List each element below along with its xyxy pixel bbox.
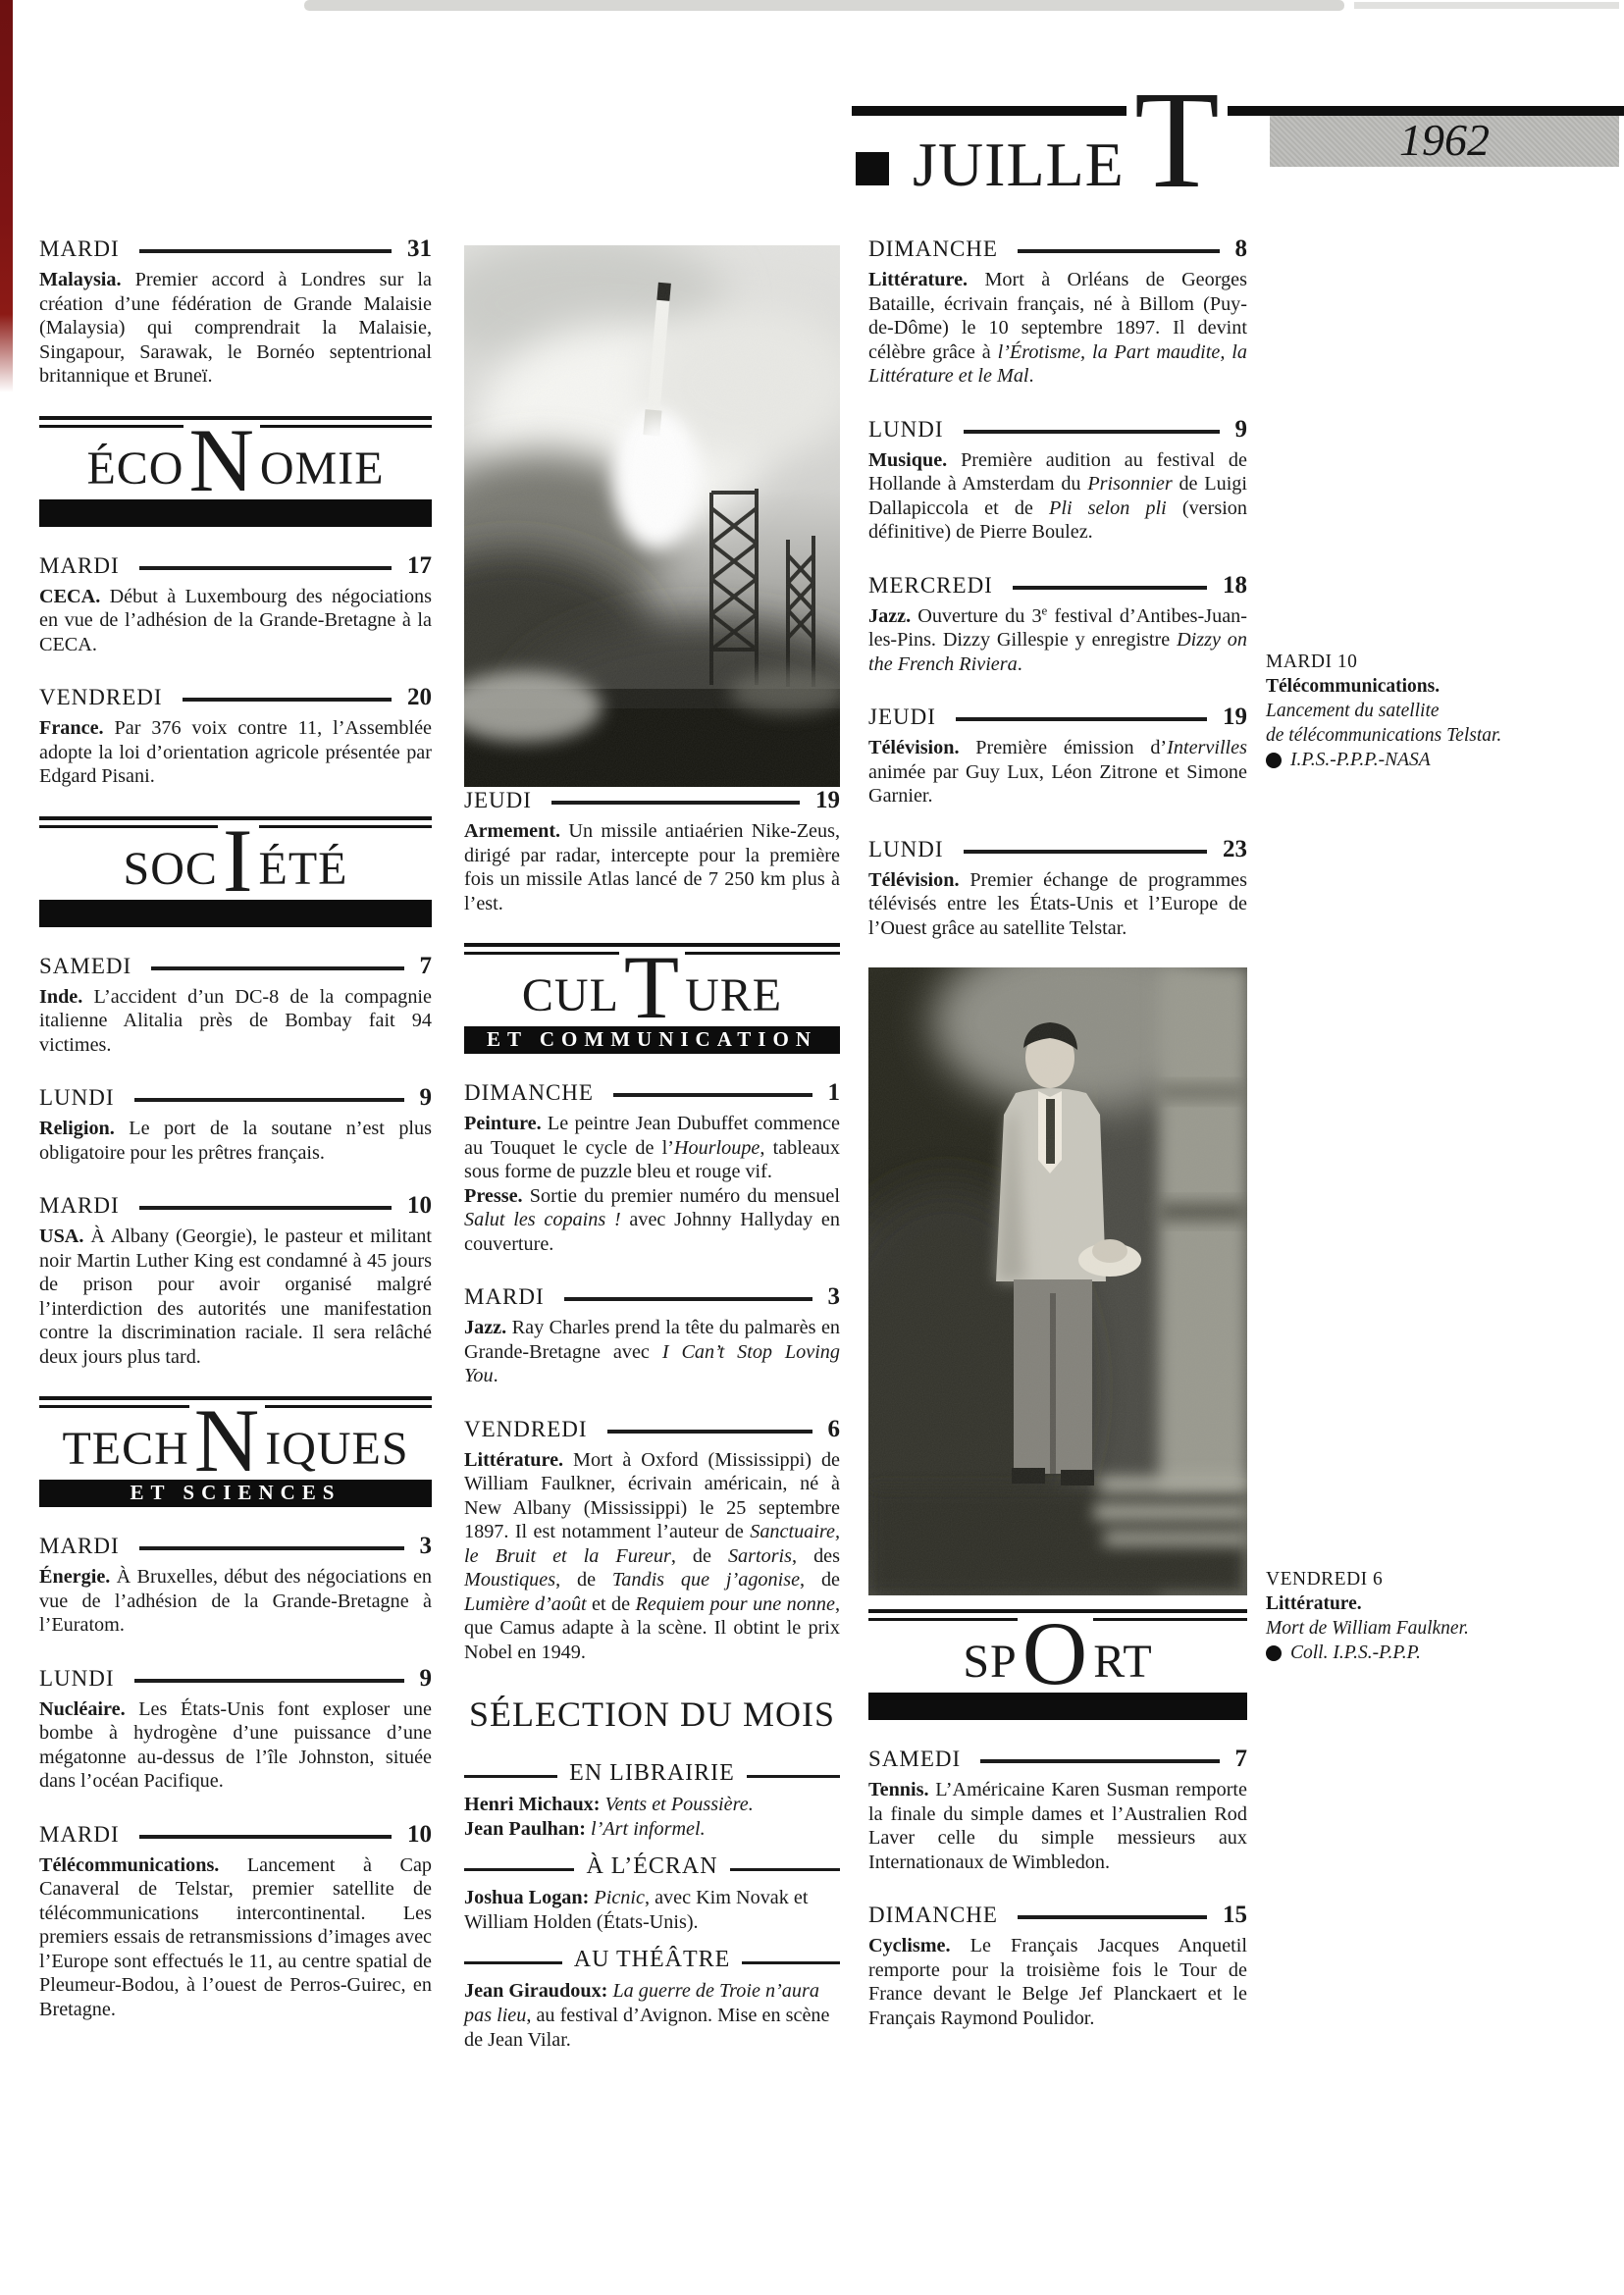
italic-title: Intervilles xyxy=(1167,737,1247,758)
entry-day-label: MARDI xyxy=(39,1822,120,1848)
section-title: CULTURE xyxy=(464,943,840,1022)
entry-day-number: 19 xyxy=(815,787,840,814)
entry-day-number: 3 xyxy=(828,1283,841,1311)
section-title-big-letter: N xyxy=(183,423,259,497)
plain-text: L’accident d’un DC-8 de la compagnie ita… xyxy=(39,986,432,1056)
italic-title: Requiem pour une nonne xyxy=(636,1593,835,1615)
entry-day-header: MARDI17 xyxy=(39,552,432,580)
selection-heading-label: EN LIBRAIRIE xyxy=(569,1760,735,1787)
entry-day-label: LUNDI xyxy=(39,1085,115,1111)
entry-day-label: SAMEDI xyxy=(39,954,131,979)
credit-bullet-icon xyxy=(1266,1645,1282,1661)
caption-text-line: de télécommunications Telstar. xyxy=(1266,723,1621,748)
entry-text: Presse. Sortie du premier numéro du mens… xyxy=(464,1184,840,1257)
section-title-post: RT xyxy=(1093,1636,1152,1688)
section-title-big-letter: T xyxy=(619,950,685,1024)
caption-text-line: Lancement du satellite xyxy=(1266,699,1621,723)
entry-text: CECA. Début à Luxembourg des négociation… xyxy=(39,585,432,657)
selection-item: Henri Michaux: Vents et Poussière. xyxy=(464,1793,840,1817)
entry-divider-rule xyxy=(134,1679,404,1683)
heading-rule-right xyxy=(747,1775,840,1778)
entry-day-header: SAMEDI7 xyxy=(868,1746,1247,1773)
scan-artifact-top-smudge xyxy=(304,0,1344,11)
section-header-sport: SPORT xyxy=(868,1609,1247,1720)
plain-text: , de xyxy=(555,1569,612,1591)
entry-divider-rule xyxy=(1018,249,1220,253)
masthead-rule xyxy=(852,106,1624,116)
entry-topic-lead: Littérature. xyxy=(464,1449,563,1471)
entry-day-header: MERCREDI18 xyxy=(868,572,1247,600)
section-title-big-letter: O xyxy=(1018,1616,1093,1691)
photo-credit: I.P.S.-P.P.P.-NASA xyxy=(1266,748,1621,772)
entry-day-label: MARDI xyxy=(39,1193,120,1219)
scan-artifact-spine xyxy=(0,0,13,392)
entry-day-header: JEUDI19 xyxy=(464,787,840,814)
entry-text: France. Par 376 voix contre 11, l’Assemb… xyxy=(39,716,432,789)
calendar-entry: MARDI3Énergie. À Bruxelles, début des né… xyxy=(39,1533,432,1638)
entry-text: Malaysia. Premier accord à Londres sur l… xyxy=(39,268,432,389)
section-header-culture: CULTUREET COMMUNICATION xyxy=(464,943,840,1054)
section-title-big-letter: N xyxy=(189,1403,265,1478)
entry-day-header: MARDI3 xyxy=(39,1533,432,1560)
section-title: TECHNIQUES xyxy=(39,1396,432,1476)
margin-caption: VENDREDI 6Littérature.Mort de William Fa… xyxy=(1266,1567,1621,1665)
section-title-pre: TECH xyxy=(62,1423,188,1475)
entry-day-label: JEUDI xyxy=(464,788,532,813)
entry-topic-lead: Télévision. xyxy=(868,737,960,758)
entry-day-number: 17 xyxy=(407,552,432,580)
year-badge: 1962 xyxy=(1270,116,1619,167)
entry-day-number: 8 xyxy=(1235,235,1248,263)
heading-rule-left xyxy=(464,1961,562,1964)
entry-divider-rule xyxy=(564,1297,812,1301)
entry-day-header: SAMEDI7 xyxy=(39,953,432,980)
entry-day-number: 10 xyxy=(407,1192,432,1220)
entry-topic-lead: Tennis. xyxy=(868,1779,929,1800)
italic-title: Sartoris xyxy=(728,1545,792,1567)
section-header-societe: SOCIÉTÉ xyxy=(39,816,432,927)
section-title-post: OMIE xyxy=(260,443,385,495)
entry-text: Religion. Le port de la soutane n’est pl… xyxy=(39,1117,432,1165)
entry-divider-rule xyxy=(551,801,800,805)
entry-text: Jazz. Ray Charles prend la tête du palma… xyxy=(464,1316,840,1388)
entry-topic-lead: Jean Paulhan: xyxy=(464,1818,586,1840)
section-title-pre: CUL xyxy=(522,969,619,1021)
entry-text: Inde. L’accident d’un DC-8 de la compagn… xyxy=(39,985,432,1058)
heading-rule-right xyxy=(742,1961,840,1964)
entry-day-header: LUNDI9 xyxy=(868,416,1247,443)
heading-rule-left xyxy=(464,1775,557,1778)
entry-day-header: LUNDI23 xyxy=(868,836,1247,863)
entry-divider-rule xyxy=(956,717,1207,721)
entry-text: Énergie. À Bruxelles, début des négociat… xyxy=(39,1565,432,1638)
calendar-entry: MERCREDI18Jazz. Ouverture du 3e festival… xyxy=(868,572,1247,677)
entry-topic-lead: Jean Giraudoux: xyxy=(464,1980,607,2002)
entry-topic-lead: Littérature. xyxy=(868,269,968,290)
entry-divider-rule xyxy=(134,1098,404,1102)
calendar-entry: SAMEDI7Inde. L’accident d’un DC-8 de la … xyxy=(39,953,432,1058)
entry-divider-rule xyxy=(613,1093,812,1097)
entry-text: Tennis. L’Américaine Karen Susman rempor… xyxy=(868,1778,1247,1874)
entry-day-header: VENDREDI20 xyxy=(39,684,432,711)
entry-divider-rule xyxy=(1013,586,1207,590)
italic-title: Moustiques xyxy=(464,1569,555,1591)
entry-topic-lead: CECA. xyxy=(39,586,100,607)
italic-title: Vents et Poussière. xyxy=(601,1794,754,1815)
selection-item: Jean Giraudoux: La guerre de Troie n’aur… xyxy=(464,1979,840,2053)
selection-heading: AU THÉÂTRE xyxy=(464,1947,840,1973)
section-title-big-letter: I xyxy=(218,823,259,898)
entry-day-header: MARDI10 xyxy=(39,1821,432,1849)
caption-category: Télécommunications. xyxy=(1266,674,1621,699)
entry-day-number: 20 xyxy=(407,684,432,711)
entry-text: Cyclisme. Le Français Jacques Anquetil r… xyxy=(868,1934,1247,2030)
selection-item: Joshua Logan: Picnic, avec Kim Novak et … xyxy=(464,1886,840,1935)
entry-topic-lead: Cyclisme. xyxy=(868,1935,951,1956)
entry-day-number: 15 xyxy=(1223,1902,1247,1929)
entry-text: Littérature. Mort à Orléans de Georges B… xyxy=(868,268,1247,389)
entry-day-label: MARDI xyxy=(464,1284,545,1310)
heading-rule-left xyxy=(464,1868,574,1871)
section-title-post: URE xyxy=(685,969,782,1021)
caption-day-label: VENDREDI 6 xyxy=(1266,1567,1621,1591)
caption-text-line: Mort de William Faulkner. xyxy=(1266,1616,1621,1641)
entry-topic-lead: Jazz. xyxy=(464,1317,506,1338)
entry-divider-rule xyxy=(964,430,1220,434)
square-bullet-icon xyxy=(856,152,889,185)
right-column: DIMANCHE8Littérature. Mort à Orléans de … xyxy=(868,235,1247,2058)
entry-topic-lead: Peinture. xyxy=(464,1113,542,1134)
selection-heading: EN LIBRAIRIE xyxy=(464,1760,840,1787)
section-title: ÉCONOMIE xyxy=(39,416,432,496)
calendar-entry: MARDI31Malaysia. Premier accord à Londre… xyxy=(39,235,432,389)
plain-text: Ouverture du 3 xyxy=(911,605,1041,627)
scan-artifact-top-smudge-2 xyxy=(1354,2,1619,9)
italic-title: Tandis que j’agonise xyxy=(612,1569,800,1591)
selection-heading: À L’ÉCRAN xyxy=(464,1853,840,1880)
entry-topic-lead: Inde. xyxy=(39,986,82,1008)
william-faulkner-photo xyxy=(868,967,1247,1595)
heading-rule-right xyxy=(730,1868,840,1871)
entry-topic-lead: Joshua Logan: xyxy=(464,1887,589,1908)
entry-topic-lead: Musique. xyxy=(868,449,947,471)
entry-day-label: MARDI xyxy=(39,236,120,262)
entry-day-header: DIMANCHE15 xyxy=(868,1902,1247,1929)
entry-day-label: DIMANCHE xyxy=(868,1903,998,1928)
entry-day-header: LUNDI9 xyxy=(39,1084,432,1112)
william-faulkner-photo xyxy=(868,967,1247,1595)
margin-caption: MARDI 10Télécommunications.Lancement du … xyxy=(1266,650,1621,772)
entry-text: USA. À Albany (Georgie), le pasteur et m… xyxy=(39,1225,432,1369)
italic-title: Picnic xyxy=(589,1887,645,1908)
calendar-entry: LUNDI9Musique. Première audition au fest… xyxy=(868,416,1247,545)
entry-day-label: MARDI xyxy=(39,553,120,579)
entry-day-header: DIMANCHE8 xyxy=(868,235,1247,263)
entry-day-header: VENDREDI6 xyxy=(464,1416,840,1443)
entry-topic-lead: Nucléaire. xyxy=(39,1698,126,1720)
entry-text: Musique. Première audition au festival d… xyxy=(868,448,1247,545)
credit-text: I.P.S.-P.P.P.-NASA xyxy=(1290,748,1431,772)
selection-item: Jean Paulhan: l’Art informel. xyxy=(464,1817,840,1842)
section-header-techniques: TECHNIQUESET SCIENCES xyxy=(39,1396,432,1507)
entry-topic-lead: Télévision. xyxy=(868,869,960,891)
caption-category: Littérature. xyxy=(1266,1591,1621,1616)
calendar-entry: DIMANCHE1Peinture. Le peintre Jean Dubuf… xyxy=(464,1079,840,1256)
entry-day-header: MARDI3 xyxy=(464,1283,840,1311)
entry-day-number: 18 xyxy=(1223,572,1247,600)
plain-text: . xyxy=(494,1365,498,1386)
italic-title: l’Art informel. xyxy=(586,1818,706,1840)
plain-text: . xyxy=(1018,653,1022,675)
plain-text: animée par Guy Lux, Léon Zitrone et Simo… xyxy=(868,761,1247,808)
section-title-post: IQUES xyxy=(265,1423,408,1475)
calendar-entry: LUNDI9Religion. Le port de la soutane n’… xyxy=(39,1084,432,1165)
entry-topic-lead: Armement. xyxy=(464,820,560,842)
italic-title: Pli selon pli xyxy=(1049,497,1167,519)
plain-text: et de xyxy=(587,1593,636,1615)
plain-text: , des xyxy=(792,1545,840,1567)
entry-day-number: 23 xyxy=(1223,836,1247,863)
entry-day-number: 31 xyxy=(407,235,432,263)
section-title-pre: ÉCO xyxy=(86,443,183,495)
entry-day-label: JEUDI xyxy=(868,704,936,730)
entry-divider-rule xyxy=(1018,1915,1207,1919)
entry-day-number: 9 xyxy=(420,1084,433,1112)
entry-day-label: DIMANCHE xyxy=(868,236,998,262)
calendar-entry: JEUDI19Armement. Un missile antiaérien N… xyxy=(464,787,840,915)
left-column: MARDI31Malaysia. Premier accord à Londre… xyxy=(39,235,432,2049)
selection-heading-label: À L’ÉCRAN xyxy=(586,1853,717,1880)
entry-day-header: LUNDI9 xyxy=(39,1665,432,1693)
caption-day-label: MARDI 10 xyxy=(1266,650,1621,674)
entry-day-label: MERCREDI xyxy=(868,573,993,599)
entry-topic-lead: Presse. xyxy=(464,1185,523,1207)
entry-divider-rule xyxy=(964,850,1207,854)
plain-text: Sortie du premier numéro du mensuel xyxy=(523,1185,840,1207)
selection-du-mois: SÉLECTION DU MOISEN LIBRAIRIEHenri Micha… xyxy=(464,1694,840,2053)
plain-text: , de xyxy=(671,1545,728,1567)
entry-text: Télévision. Première émission d’Intervil… xyxy=(868,736,1247,808)
section-title: SPORT xyxy=(868,1609,1247,1689)
entry-divider-rule xyxy=(607,1430,812,1434)
entry-topic-lead: Religion. xyxy=(39,1118,115,1139)
entry-text: Armement. Un missile antiaérien Nike-Zeu… xyxy=(464,819,840,915)
calendar-entry: MARDI10Télécommunications. Lancement à C… xyxy=(39,1821,432,2022)
italic-title: Lumière d’août xyxy=(464,1593,587,1615)
entry-day-header: MARDI10 xyxy=(39,1192,432,1220)
entry-divider-rule xyxy=(183,698,392,702)
entry-day-label: VENDREDI xyxy=(39,685,163,710)
entry-topic-lead: Télécommunications. xyxy=(39,1854,219,1876)
entry-day-number: 10 xyxy=(407,1821,432,1849)
entry-topic-lead: France. xyxy=(39,717,104,739)
plain-text: . xyxy=(1029,365,1034,387)
entry-topic-lead: Malaysia. xyxy=(39,269,122,290)
credit-bullet-icon xyxy=(1266,753,1282,768)
photo-credit: Coll. I.P.S.-P.P.P. xyxy=(1266,1641,1621,1665)
entry-text: Peinture. Le peintre Jean Dubuffet comme… xyxy=(464,1112,840,1184)
middle-column: JEUDI19Armement. Un missile antiaérien N… xyxy=(464,245,840,2053)
telstar-rocket-launch-photo xyxy=(464,245,840,787)
section-title: SOCIÉTÉ xyxy=(39,816,432,896)
entry-day-number: 9 xyxy=(1235,416,1248,443)
entry-day-header: DIMANCHE1 xyxy=(464,1079,840,1107)
month-title-big-letter: T xyxy=(1126,90,1228,188)
entry-divider-rule xyxy=(139,1206,392,1210)
month-title: JUILLE xyxy=(913,133,1125,196)
entry-divider-rule xyxy=(139,1835,392,1839)
calendar-entry: DIMANCHE8Littérature. Mort à Orléans de … xyxy=(868,235,1247,389)
entry-text: Jazz. Ouverture du 3e festival d’Antibes… xyxy=(868,604,1247,677)
calendar-entry: LUNDI23Télévision. Premier échange de pr… xyxy=(868,836,1247,941)
entry-topic-lead: Henri Michaux: xyxy=(464,1794,601,1815)
entry-day-label: LUNDI xyxy=(868,837,944,862)
calendar-entry: JEUDI19Télévision. Première émission d’I… xyxy=(868,704,1247,808)
plain-text: , de xyxy=(800,1569,840,1591)
entry-divider-rule xyxy=(139,1546,404,1550)
credit-text: Coll. I.P.S.-P.P.P. xyxy=(1290,1641,1421,1665)
entry-day-number: 3 xyxy=(420,1533,433,1560)
entry-day-number: 9 xyxy=(420,1665,433,1693)
calendar-entry: VENDREDI20France. Par 376 voix contre 11… xyxy=(39,684,432,789)
section-header-economie: ÉCONOMIE xyxy=(39,416,432,527)
section-title-pre: SP xyxy=(963,1636,1017,1688)
section-title-pre: SOC xyxy=(124,843,218,895)
entry-divider-rule xyxy=(139,249,392,253)
entry-day-label: VENDREDI xyxy=(464,1417,588,1442)
plain-text: Première émission d’ xyxy=(960,737,1168,758)
calendar-entry: MARDI10USA. À Albany (Georgie), le paste… xyxy=(39,1192,432,1369)
selection-title: SÉLECTION DU MOIS xyxy=(464,1694,840,1735)
calendar-entry: SAMEDI7Tennis. L’Américaine Karen Susman… xyxy=(868,1746,1247,1874)
italic-title: Hourloupe xyxy=(674,1137,760,1159)
calendar-entry: LUNDI9Nucléaire. Les États-Unis font exp… xyxy=(39,1665,432,1794)
telstar-rocket-launch-photo xyxy=(464,245,840,787)
plain-text: Lancement à Cap Canaveral de Telstar, pr… xyxy=(39,1854,432,2020)
section-title-post: ÉTÉ xyxy=(259,843,348,895)
entry-divider-rule xyxy=(980,1759,1219,1763)
entry-text: Télévision. Premier échange de programme… xyxy=(868,868,1247,941)
entry-day-number: 1 xyxy=(828,1079,841,1107)
entry-text: Littérature. Mort à Oxford (Mississippi)… xyxy=(464,1448,840,1665)
calendar-entry: DIMANCHE15Cyclisme. Le Français Jacques … xyxy=(868,1902,1247,2030)
calendar-entry: MARDI3Jazz. Ray Charles prend la tête du… xyxy=(464,1283,840,1388)
entry-text: Télécommunications. Lancement à Cap Cana… xyxy=(39,1853,432,2022)
calendar-entry: MARDI17CECA. Début à Luxembourg des négo… xyxy=(39,552,432,657)
entry-day-label: LUNDI xyxy=(868,417,944,443)
plain-text: À Albany (Georgie), le pasteur et milita… xyxy=(39,1226,432,1368)
entry-day-header: MARDI31 xyxy=(39,235,432,263)
entry-day-label: LUNDI xyxy=(39,1666,115,1692)
entry-divider-rule xyxy=(151,966,403,970)
entry-day-header: JEUDI19 xyxy=(868,704,1247,731)
entry-day-number: 19 xyxy=(1223,704,1247,731)
italic-title: Salut les copains ! xyxy=(464,1209,621,1230)
entry-day-number: 7 xyxy=(1235,1746,1248,1773)
entry-topic-lead: Énergie. xyxy=(39,1566,110,1588)
entry-topic-lead: USA. xyxy=(39,1226,83,1247)
selection-heading-label: AU THÉÂTRE xyxy=(574,1947,731,1973)
calendar-entry: VENDREDI6Littérature. Mort à Oxford (Mis… xyxy=(464,1416,840,1665)
italic-title: Prisonnier xyxy=(1087,473,1172,495)
entry-divider-rule xyxy=(139,566,392,570)
entry-topic-lead: Jazz. xyxy=(868,605,911,627)
entry-day-label: DIMANCHE xyxy=(464,1080,594,1106)
entry-text: Nucléaire. Les États-Unis font exploser … xyxy=(39,1697,432,1794)
entry-day-number: 7 xyxy=(420,953,433,980)
entry-day-number: 6 xyxy=(828,1416,841,1443)
entry-day-label: MARDI xyxy=(39,1534,120,1559)
almanac-page-juillet-1962: JUILLE T 1962 MARDI31Malaysia. Premier a… xyxy=(0,0,1624,2295)
entry-day-label: SAMEDI xyxy=(868,1747,961,1772)
